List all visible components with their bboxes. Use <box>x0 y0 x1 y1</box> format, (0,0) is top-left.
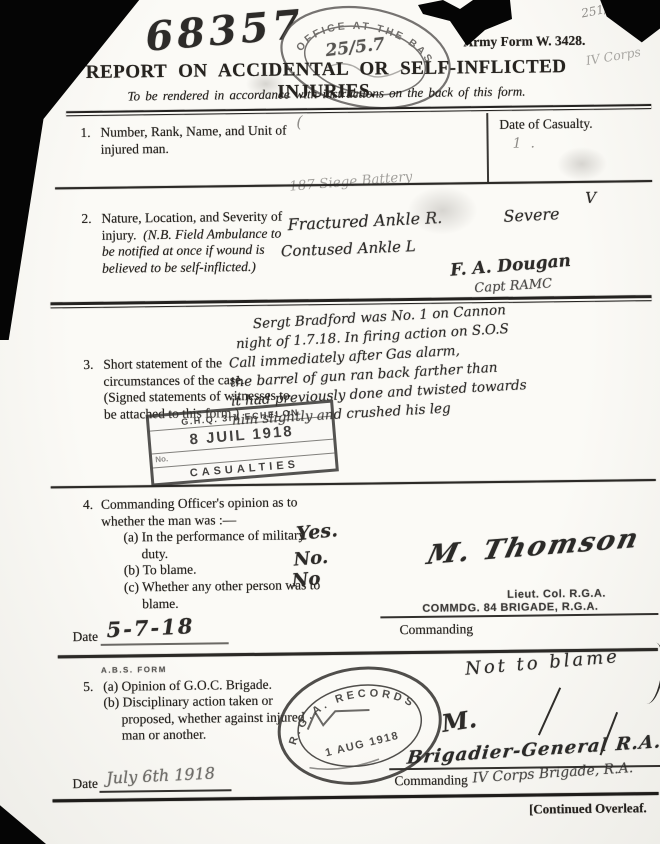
section4-date-label: Date <box>73 629 99 646</box>
commanding-unit-handwriting: IV Corps Brigade, R.A. <box>472 760 634 786</box>
rule-under-section3 <box>51 479 656 488</box>
section4-date-line <box>101 642 229 645</box>
co-signature: M. Thomson <box>424 523 643 571</box>
section4-commanding-label: Commanding <box>399 621 473 638</box>
injury-severity-handwriting: Severe <box>503 204 560 226</box>
date-of-casualty-label: Date of Casualty. <box>499 116 592 134</box>
co-rank-stamp: Lieut. Col. R.G.A. <box>507 588 606 601</box>
echelon-date-stamp: G.H.Q. 3rd ECHELON 8 JUIL 1918 No. CASUA… <box>146 399 339 486</box>
check-mark-handwriting: V <box>585 189 596 207</box>
records-stamp-date-text: 1 AUG 1918 <box>324 730 400 760</box>
section4-number: 4. <box>83 497 93 514</box>
scan-smudge <box>557 147 607 182</box>
continued-overleaf: [Continued Overleaf. <box>435 800 647 819</box>
section5-commanding-label: Commanding <box>394 772 468 789</box>
section5-date-handwriting: July 6th 1918 <box>106 764 215 788</box>
battery-pencil-note: 187 Siege Battery <box>289 169 413 195</box>
casualty-date-faint-mark: 1 . <box>513 135 535 151</box>
answer-c-handwriting: No <box>291 568 321 591</box>
scanned-form-page: 68357 OFFICE AT THE BASE 25/5.7 Army For… <box>0 0 660 844</box>
answer-a-handwriting: Yes. <box>295 519 338 545</box>
section5-number: 5. <box>83 679 93 696</box>
section1-label: Number, Rank, Name, and Unit of injured … <box>100 122 308 158</box>
form-content: 68357 OFFICE AT THE BASE 25/5.7 Army For… <box>0 0 660 844</box>
section5-date-label: Date <box>72 776 98 793</box>
section2-label: Nature, Location, and Severity of injury… <box>101 208 294 276</box>
scan-smudge <box>407 186 478 235</box>
abs-form-stamp: A.B.S. FORM <box>101 665 167 675</box>
section1-number: 1. <box>80 125 90 142</box>
section4-date-handwriting: 5-7-18 <box>106 613 195 642</box>
answer-b-handwriting: No. <box>293 547 329 571</box>
co-unit-stamp: COMMDG. 84 BRIGADE, R.G.A. <box>422 601 598 615</box>
section5-date-line <box>99 789 231 792</box>
goc-initials-handwriting: M. <box>440 704 479 738</box>
injury-handwriting-line2: Contused Ankle L <box>281 237 416 260</box>
stray-paren-mark: ( <box>296 112 302 131</box>
army-form-number: Army Form W. 3428. <box>433 33 585 51</box>
medical-officer-signature: F. A. Dougan <box>449 251 571 281</box>
section3-number: 3. <box>83 357 93 374</box>
section4-intro: Commanding Officer's opinion as to wheth… <box>101 494 317 530</box>
pen-stroke <box>538 687 561 735</box>
section1-column-divider <box>486 113 488 182</box>
section2-number: 2. <box>81 211 91 228</box>
medical-officer-rank: Capt RAMC <box>474 276 553 296</box>
